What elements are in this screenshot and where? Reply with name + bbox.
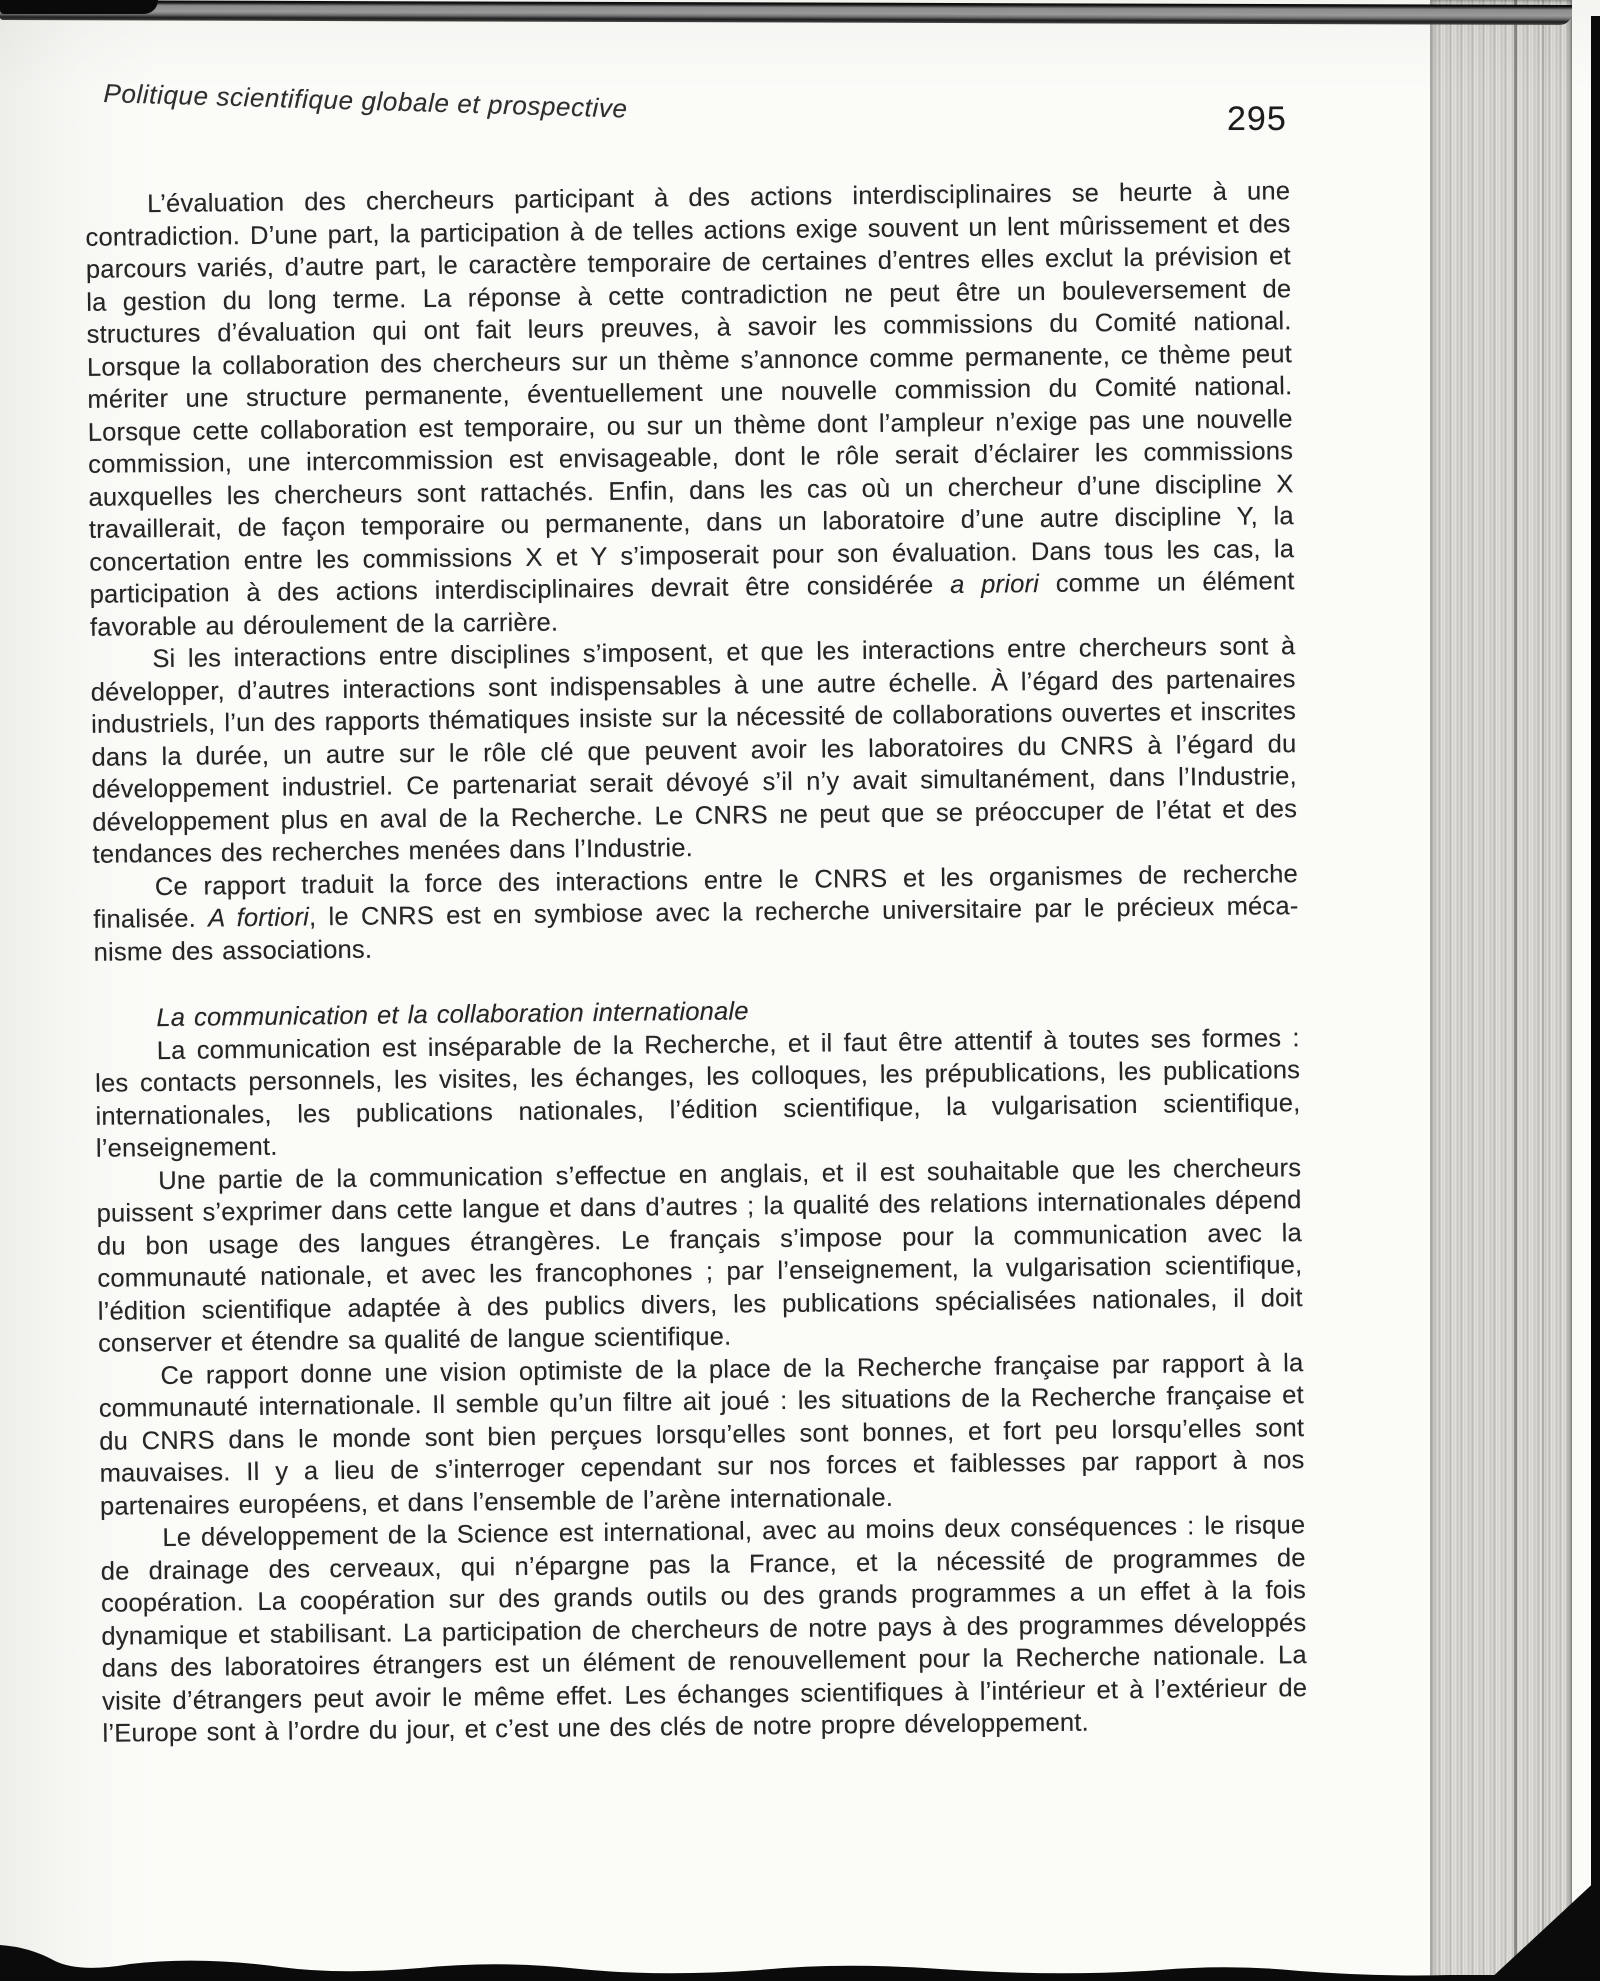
- paragraph: Le développement de la Science est inter…: [100, 1509, 1308, 1750]
- right-scan-strip: [1591, 16, 1600, 1981]
- paragraph: Ce rapport traduit la force des interact…: [93, 858, 1299, 969]
- top-scan-edge: [0, 0, 1572, 25]
- page-number: 295: [1227, 100, 1287, 139]
- italic-phrase: A fortiori: [208, 903, 309, 932]
- italic-phrase: a priori: [950, 570, 1039, 599]
- bottom-right-corner-shadow: [1488, 1877, 1600, 1981]
- text-block: L’évaluation des chercheurs participant …: [85, 175, 1308, 1750]
- running-header: Politique scientifique globale et prospe…: [103, 78, 628, 125]
- paragraph: Une partie de la communication s’effectu…: [96, 1152, 1303, 1361]
- paragraph: Ce rapport donne une vision optimiste de…: [98, 1347, 1305, 1523]
- paragraph: L’évaluation des chercheurs participant …: [85, 175, 1295, 644]
- top-left-scan-mark: [0, 0, 158, 14]
- paragraph: La communication est inséparable de la R…: [95, 1022, 1301, 1166]
- bottom-scan-edge: [0, 1861, 1600, 1981]
- book-fore-edge-pages: [1430, 0, 1572, 1981]
- scanned-book-page: Politique scientifique globale et prospe…: [0, 0, 1600, 1981]
- paragraph: Si les interactions entre disciplines s’…: [90, 630, 1298, 871]
